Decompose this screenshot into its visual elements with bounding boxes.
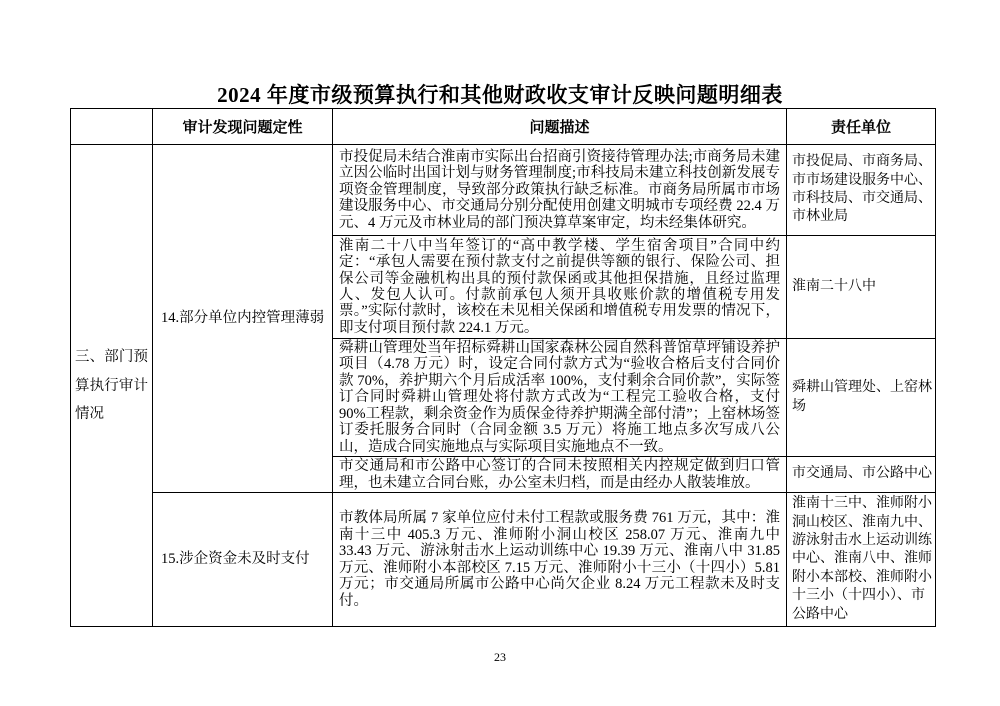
description-cell: 淮南二十八中当年签订的“高中教学楼、学生宿舍项目”合同中约定：“承包人需要在预付… — [333, 236, 787, 339]
header-description: 问题描述 — [333, 109, 787, 145]
responsible-cell: 舜耕山管理处、上窑林场 — [787, 339, 936, 457]
description-cell: 市投促局未结合淮南市实际出台招商引资接待管理办法;市商务局未建立因公临时出国计划… — [333, 145, 787, 236]
category-cell: 三、部门预算执行审计情况 — [71, 145, 153, 627]
responsible-cell: 市投促局、市商务局、市市场建设服务中心、市科技局、市交通局、市林业局 — [787, 145, 936, 236]
description-cell: 市教体局所属 7 家单位应付未付工程款或服务费 761 万元，其中：淮南十三中 … — [333, 493, 787, 627]
responsible-cell: 市交通局、市公路中心 — [787, 457, 936, 493]
header-category — [71, 109, 153, 145]
responsible-cell: 淮南十三中、淮师附小洞山校区、淮南九中、游泳射击水上运动训练中心、淮南八中、淮师… — [787, 493, 936, 627]
table-row: 15.涉企资金未及时支付 市教体局所属 7 家单位应付未付工程款或服务费 761… — [71, 493, 936, 627]
qualification-cell-14: 14.部分单位内控管理薄弱 — [153, 145, 333, 493]
description-cell: 舜耕山管理处当年招标舜耕山国家森林公园自然科普馆草坪铺设养护项目（4.78 万元… — [333, 339, 787, 457]
table-header-row: 审计发现问题定性 问题描述 责任单位 — [71, 109, 936, 145]
header-responsible-unit: 责任单位 — [787, 109, 936, 145]
description-cell: 市交通局和市公路中心签订的合同未按照相关内控规定做到归口管理，也未建立合同台账，… — [333, 457, 787, 493]
table-row: 三、部门预算执行审计情况 14.部分单位内控管理薄弱 市投促局未结合淮南市实际出… — [71, 145, 936, 236]
qualification-cell-15: 15.涉企资金未及时支付 — [153, 493, 333, 627]
audit-problems-table: 审计发现问题定性 问题描述 责任单位 三、部门预算执行审计情况 14.部分单位内… — [70, 108, 936, 627]
page-number: 23 — [0, 650, 1000, 665]
responsible-cell: 淮南二十八中 — [787, 236, 936, 339]
page-title: 2024 年度市级预算执行和其他财政收支审计反映问题明细表 — [0, 79, 1000, 109]
document-page: 2024 年度市级预算执行和其他财政收支审计反映问题明细表 审计发现问题定性 问… — [0, 0, 1000, 706]
header-qualification: 审计发现问题定性 — [153, 109, 333, 145]
